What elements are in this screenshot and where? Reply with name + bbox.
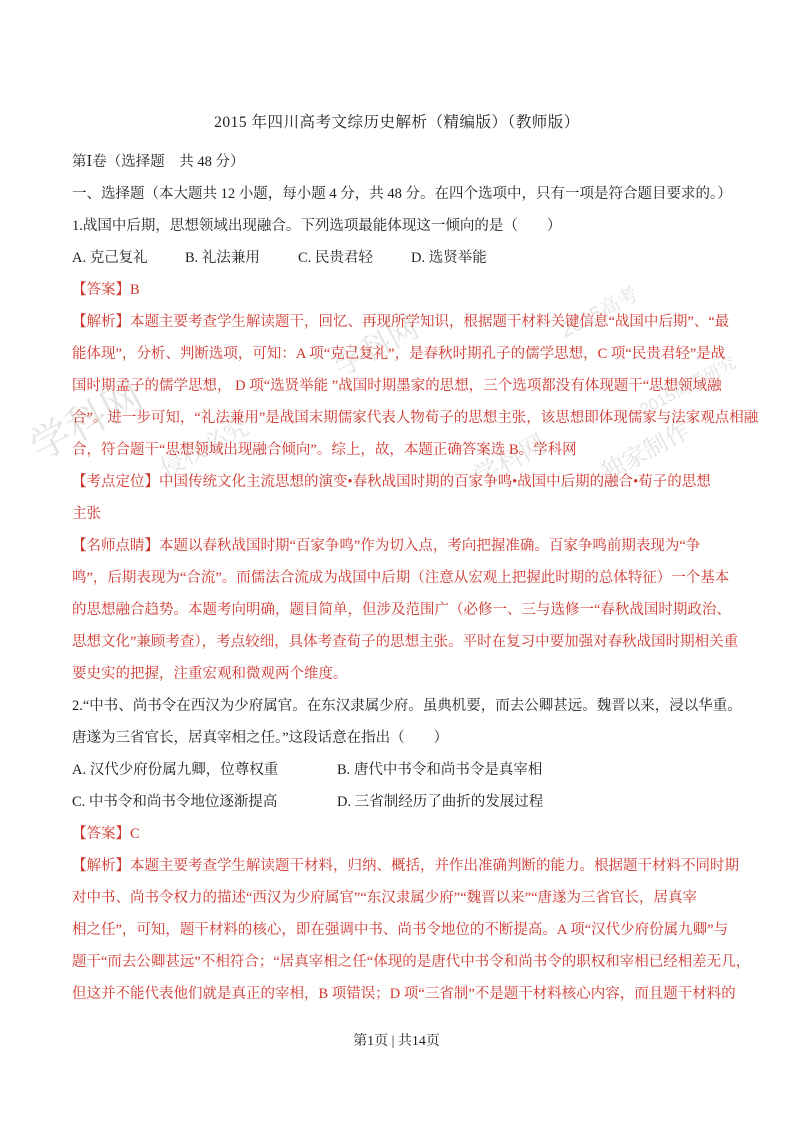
option-item: B. 唐代中书令和尚书令是真宰相 bbox=[337, 754, 542, 786]
mingshi-q1-line: 【名师点睛】本题以春秋战国时期“百家争鸣”作为切入点，考向把握准确。百家争鸣前期… bbox=[72, 530, 722, 562]
kaodian-q1-line: 主张 bbox=[72, 498, 722, 530]
section-intro: 一、选择题（本大题共 12 小题，每小题 4 分，共 48 分。在四个选项中，只… bbox=[72, 178, 722, 210]
question-1-options: A. 克己复礼B. 礼法兼用C. 民贵君轻D. 选贤举能 bbox=[72, 242, 722, 274]
section-heading: 第Ⅰ卷（选择题 共 48 分） bbox=[72, 146, 722, 178]
question-2-options: C. 中书令和尚书令地位逐渐提高D. 三省制经历了曲折的发展过程 bbox=[72, 786, 722, 818]
mingshi-q1-line: 的思想融合趋势。本题考向明确，题目简单，但涉及范围广（必修一、三与选修一“春秋战… bbox=[72, 594, 722, 626]
answer-q1: 【答案】B bbox=[72, 274, 722, 306]
question-2-stem: 唐遂为三省官长，居真宰相之任。”这段话意在指出（ ） bbox=[72, 722, 722, 754]
analysis-q1-line: 国时期孟子的儒学思想， D 项“选贤举能 ”战国时期墨家的思想，三个选项都没有体… bbox=[72, 370, 722, 402]
mingshi-q1-line: 思想文化”兼顾考查），考点较细，具体考查荀子的思想主张。平时在复习中要加强对春秋… bbox=[72, 626, 722, 658]
analysis-q1-line: 合，符合题干“思想领域出现融合倾向”。综上，故，本题正确答案选 B。学科网 bbox=[72, 434, 722, 466]
option-item: D. 三省制经历了曲折的发展过程 bbox=[337, 786, 543, 818]
question-2-options: A. 汉代少府份属九卿，位尊权重B. 唐代中书令和尚书令是真宰相 bbox=[72, 754, 722, 786]
option-item: A. 克己复礼 bbox=[72, 242, 185, 274]
analysis-q2-line: 但这并不能代表他们就是真正的宰相，B 项错误；D 项“三省制”不是题干材料核心内… bbox=[72, 978, 722, 1010]
analysis-q1-line: 能体现”，分析、判断选项，可知：A 项“克己复礼”，是春秋时期孔子的儒学思想，C… bbox=[72, 338, 722, 370]
option-item: B. 礼法兼用 bbox=[185, 242, 298, 274]
page-content: 2015 年四川高考文综历史解析（精编版）（教师版） 第Ⅰ卷（选择题 共 48 … bbox=[72, 100, 722, 1010]
analysis-q1-line: 合”。进一步可知，“礼法兼用”是战国末期儒家代表人物荀子的思想主张，该思想即体现… bbox=[72, 402, 722, 434]
option-item: D. 选贤举能 bbox=[411, 242, 487, 274]
document-title: 2015 年四川高考文综历史解析（精编版）（教师版） bbox=[72, 100, 722, 146]
option-item: A. 汉代少府份属九卿，位尊权重 bbox=[72, 754, 337, 786]
question-1-stem: 1.战国中后期，思想领域出现融合。下列选项最能体现这一倾向的是（ ） bbox=[72, 210, 722, 242]
question-2-stem: 2.“中书、尚书令在西汉为少府属官。在东汉隶属少府。虽典机要，而去公卿甚远。魏晋… bbox=[72, 690, 722, 722]
page-footer: 第1页 | 共14页 bbox=[0, 1030, 793, 1050]
mingshi-q1-line: 要史实的把握，注重宏观和微观两个维度。 bbox=[72, 658, 722, 690]
option-item: C. 民贵君轻 bbox=[298, 242, 411, 274]
analysis-q1-line: 【解析】本题主要考查学生解读题干，回忆、再现所学知识，根据题干材料关键信息“战国… bbox=[72, 306, 722, 338]
analysis-q2-line: 【解析】本题主要考查学生解读题干材料，归纳、概括，并作出准确判断的能力。根据题干… bbox=[72, 850, 722, 882]
option-item: C. 中书令和尚书令地位逐渐提高 bbox=[72, 786, 337, 818]
answer-q2: 【答案】C bbox=[72, 818, 722, 850]
analysis-q2-line: 相之任”，可知，题干材料的核心，即在强调中书、尚书令地位的不断提高。A 项“汉代… bbox=[72, 914, 722, 946]
kaodian-q1-line: 【考点定位】中国传统文化主流思想的演变•春秋战国时期的百家争鸣•战国中后期的融合… bbox=[72, 466, 722, 498]
exam-document-page: 学科网侵权必究学科网2015高考2015高考研究独家制作学科网 2015 年四川… bbox=[0, 0, 793, 1122]
page-lines: 第Ⅰ卷（选择题 共 48 分）一、选择题（本大题共 12 小题，每小题 4 分，… bbox=[72, 146, 722, 1010]
analysis-q2-line: 对中书、尚书令权力的描述“西汉为少府属官”“东汉隶属少府”“魏晋以来”“唐遂为三… bbox=[72, 882, 722, 914]
mingshi-q1-line: 鸣”，后期表现为“合流”。而儒法合流成为战国中后期（注意从宏观上把握此时期的总体… bbox=[72, 562, 722, 594]
analysis-q2-line: 题干“而去公卿甚远”不相符合；“居真宰相之任“体现的是唐代中书令和尚书令的职权和… bbox=[72, 946, 722, 978]
